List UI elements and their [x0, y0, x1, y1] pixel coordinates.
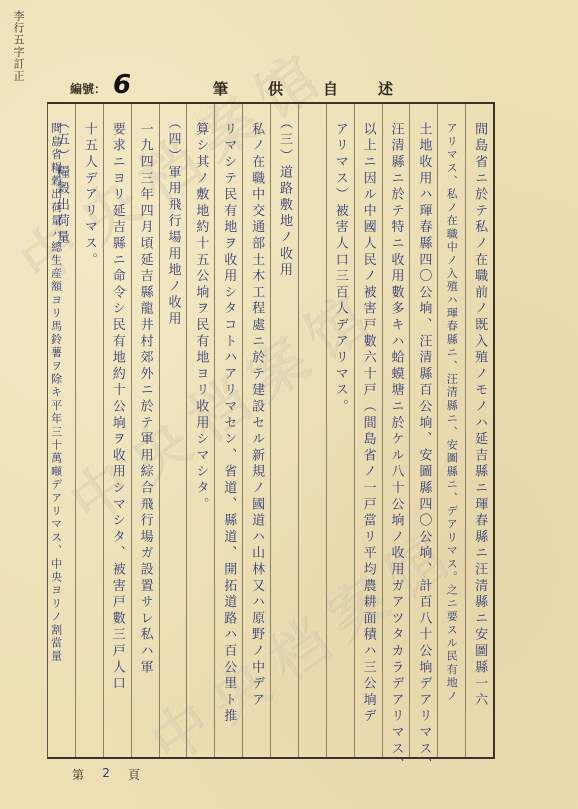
- manuscript-column: （五）糧穀出荷量間島省糧穀出荷量ハ總生産額ヨリ馬鈴薯ヲ除キ平年三十萬噸デアリマス…: [48, 104, 75, 757]
- column-text: 間島省ニ於テ私ノ在職前ノ既入殖ノモノハ延吉縣ニ琿春縣ニ汪清縣ニ安圖縣一六: [473, 122, 486, 709]
- manuscript-column: アリマス）被害人口三百人デアリマス。: [326, 104, 354, 757]
- margin-annotation: 李行五字訂正: [12, 10, 26, 82]
- page-suffix: 頁: [128, 766, 140, 783]
- column-text: 算シ其ノ敷地約十五公垧ヲ民有地ヨリ收用シマシタ。: [194, 122, 207, 513]
- manuscript-column: 一九四三年四月頃延吉縣龍井村郊外ニ於テ軍用綜合飛行場ガ設置サレ私ハ軍: [131, 104, 159, 757]
- manuscript-column: （三）道路敷地ノ收用: [270, 104, 298, 757]
- document-title: 筆供自述: [213, 78, 433, 99]
- page-prefix: 第: [72, 766, 84, 783]
- manuscript-column: 土地收用ハ琿春縣四〇公垧、汪清縣百公垧、安圖縣四〇公垧、計百八十公垧デアリマス、: [409, 104, 437, 757]
- manuscript-column: [298, 104, 326, 757]
- column-text: 汪清縣ニ於テ特ニ收用數多キハ蛤蟆塘ニ於ケル八十公垧ノ收用ガアツタカラデアリマス、: [389, 122, 402, 774]
- column-text: 十五人デアリマス。: [83, 122, 96, 269]
- column-text: アリマス）被害人口三百人デアリマス。: [334, 122, 347, 415]
- manuscript-column: 十五人デアリマス。: [75, 104, 103, 757]
- manuscript-column: 以上ニ因ル中國人民ノ被害戸數六十戸（間島省ノ一戸當リ平均農耕面積ハ三公垧デ: [354, 104, 382, 757]
- manuscript-column: 汪清縣ニ於テ特ニ收用數多キハ蛤蟆塘ニ於ケル八十公垧ノ收用ガアツタカラデアリマス、: [382, 104, 410, 757]
- manuscript-column: リマシテ民有地ヲ收用シタコトハアリマセン、省道、縣道、開拓道路ハ百公里ト推: [214, 104, 242, 757]
- section-heading: （三）道路敷地ノ收用: [278, 116, 291, 279]
- column-text: リマシテ民有地ヲ收用シタコトハアリマセン、省道、縣道、開拓道路ハ百公里ト推: [222, 122, 235, 725]
- page-number: 2: [96, 766, 116, 783]
- manuscript-column: 算シ其ノ敷地約十五公垧ヲ民有地ヨリ收用シマシタ。: [186, 104, 214, 757]
- manuscript-column: 私ノ在職中交通部土木工程處ニ於テ建設セル新規ノ國道ハ山林又ハ原野ノ中デア: [242, 104, 270, 757]
- manuscript-column: 間島省ニ於テ私ノ在職前ノ既入殖ノモノハ延吉縣ニ琿春縣ニ汪清縣ニ安圖縣一六: [465, 104, 493, 757]
- column-text: 以上ニ因ル中國人民ノ被害戸數六十戸（間島省ノ一戸當リ平均農耕面積ハ三公垧デ: [362, 122, 375, 725]
- column-text: 私ノ在職中交通部土木工程處ニ於テ建設セル新規ノ國道ハ山林又ハ原野ノ中デア: [250, 122, 263, 709]
- serial-number: 6: [113, 70, 131, 100]
- column-text: 要求ニヨリ延吉縣ニ命令シ民有地約十公垧ヲ收用シマシタ、被害戸數三戸人口: [111, 122, 124, 693]
- page-footer: 第 2 頁: [72, 766, 140, 783]
- manuscript-column: （四）軍用飛行場用地ノ收用: [159, 104, 187, 757]
- manuscript-grid: 間島省ニ於テ私ノ在職前ノ既入殖ノモノハ延吉縣ニ琿春縣ニ汪清縣ニ安圖縣一六アリマス…: [47, 102, 495, 759]
- column-text: アリマス、私ノ在職中ノ入殖ハ琿春縣ニ、汪清縣ニ、安圖縣ニ、デアリマス。之ニ要スル…: [446, 122, 457, 703]
- section-heading: （四）軍用飛行場用地ノ收用: [166, 116, 179, 328]
- manuscript-column: 要求ニヨリ延吉縣ニ命令シ民有地約十公垧ヲ收用シマシタ、被害戸數三戸人口: [103, 104, 131, 757]
- column-text: 間島省糧穀出荷量ハ總生産額ヨリ馬鈴薯ヲ除キ平年三十萬噸デアリマス、中央ヨリノ割當…: [51, 122, 62, 663]
- column-text: 土地收用ハ琿春縣四〇公垧、汪清縣百公垧、安圖縣四〇公垧、計百八十公垧デアリマス、: [417, 122, 430, 774]
- column-text: 一九四三年四月頃延吉縣龍井村郊外ニ於テ軍用綜合飛行場ガ設置サレ私ハ軍: [139, 122, 152, 676]
- manuscript-column: アリマス、私ノ在職中ノ入殖ハ琿春縣ニ、汪清縣ニ、安圖縣ニ、デアリマス。之ニ要スル…: [437, 104, 465, 757]
- serial-number-label: 編號：: [70, 80, 106, 97]
